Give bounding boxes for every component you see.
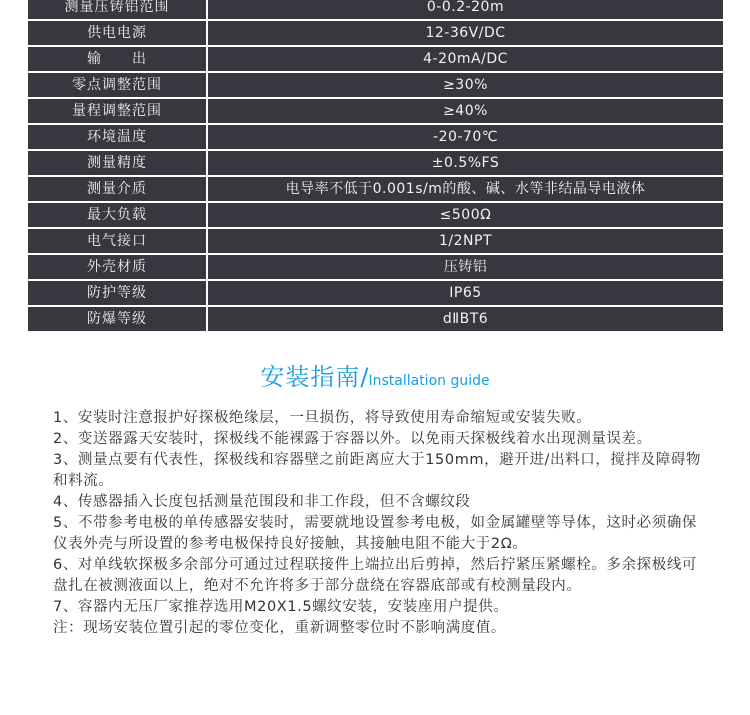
- spec-row-ambient-temp: 环境温度 -20-70℃: [28, 125, 723, 149]
- guide-item: 7、容器内无压厂家推荐选用M20X1.5螺纹安装，安装座用户提供。: [53, 597, 705, 618]
- spec-value: ≥30%: [208, 73, 723, 97]
- spec-label: 最大负载: [28, 203, 206, 227]
- guide-item: 6、对单线软探极多余部分可通过过程联接件上端拉出后剪掉，然后拧紧压紧螺栓。多余探…: [53, 555, 705, 597]
- guide-item: 3、测量点要有代表性，探极线和容器壁之前距离应大于150mm，避开进/出料口，搅…: [53, 450, 705, 492]
- spec-row-zero-adjust: 零点调整范围 ≥30%: [28, 73, 723, 97]
- spec-label: 测量精度: [28, 151, 206, 175]
- spec-row-electrical-interface: 电气接口 1/2NPT: [28, 229, 723, 253]
- spec-label: 量程调整范围: [28, 99, 206, 123]
- guide-item: 1、安装时注意报护好探极绝缘层，一旦损伤，将导致使用寿命缩短或安装失败。: [53, 408, 705, 429]
- spec-value: 0-0.2-20m: [208, 0, 723, 19]
- guide-item: 2、变送器露天安装时，探极线不能裸露于容器以外。以免雨天探极线着水出现测量误差。: [53, 429, 705, 450]
- spec-value: dⅡBT6: [208, 307, 723, 331]
- installation-guide-list: 1、安装时注意报护好探极绝缘层，一旦损伤，将导致使用寿命缩短或安装失败。 2、变…: [53, 408, 705, 639]
- spec-value: -20-70℃: [208, 125, 723, 149]
- spec-label: 电气接口: [28, 229, 206, 253]
- spec-value: ≥40%: [208, 99, 723, 123]
- spec-value: 压铸铝: [208, 255, 723, 279]
- spec-label: 防爆等级: [28, 307, 206, 331]
- spec-row-medium: 测量介质 电导率不低于0.001s/m的酸、碱、水等非结晶导电液体: [28, 177, 723, 201]
- section-title-en: Installation guide: [368, 373, 489, 389]
- spec-value: 电导率不低于0.001s/m的酸、碱、水等非结晶导电液体: [208, 177, 723, 201]
- spec-value: IP65: [208, 281, 723, 305]
- spec-label: 外壳材质: [28, 255, 206, 279]
- spec-row-span-adjust: 量程调整范围 ≥40%: [28, 99, 723, 123]
- spec-row-power-supply: 供电电源 12-36V/DC: [28, 21, 723, 45]
- spec-row-max-load: 最大负载 ≤500Ω: [28, 203, 723, 227]
- spec-row-range: 测量压铸铝范围 0-0.2-20m: [28, 0, 723, 19]
- spec-value: 4-20mA/DC: [208, 47, 723, 71]
- spec-value: ≤500Ω: [208, 203, 723, 227]
- spec-table: 测量压铸铝范围 0-0.2-20m 供电电源 12-36V/DC 输 出 4-2…: [28, 0, 723, 333]
- spec-value: 12-36V/DC: [208, 21, 723, 45]
- spec-label: 防护等级: [28, 281, 206, 305]
- guide-note: 注：现场安装位置引起的零位变化，重新调整零位时不影响满度值。: [53, 618, 705, 639]
- spec-row-protection-class: 防护等级 IP65: [28, 281, 723, 305]
- section-title: 安装指南/Installation guide: [0, 357, 750, 392]
- spec-label: 供电电源: [28, 21, 206, 45]
- spec-row-explosion-proof: 防爆等级 dⅡBT6: [28, 307, 723, 331]
- spec-row-output: 输 出 4-20mA/DC: [28, 47, 723, 71]
- section-title-cn: 安装指南: [260, 363, 360, 391]
- spec-label: 零点调整范围: [28, 73, 206, 97]
- spec-value: ±0.5%FS: [208, 151, 723, 175]
- spec-label: 输 出: [28, 47, 206, 71]
- spec-label: 测量压铸铝范围: [28, 0, 206, 19]
- spec-row-accuracy: 测量精度 ±0.5%FS: [28, 151, 723, 175]
- guide-item: 4、传感器插入长度包括测量范围段和非工作段，但不含螺纹段: [53, 492, 705, 513]
- spec-value: 1/2NPT: [208, 229, 723, 253]
- spec-label: 环境温度: [28, 125, 206, 149]
- spec-row-housing-material: 外壳材质 压铸铝: [28, 255, 723, 279]
- guide-item: 5、不带参考电极的单传感器安装时，需要就地设置参考电极，如金属罐壁等导体，这时必…: [53, 513, 705, 555]
- spec-label: 测量介质: [28, 177, 206, 201]
